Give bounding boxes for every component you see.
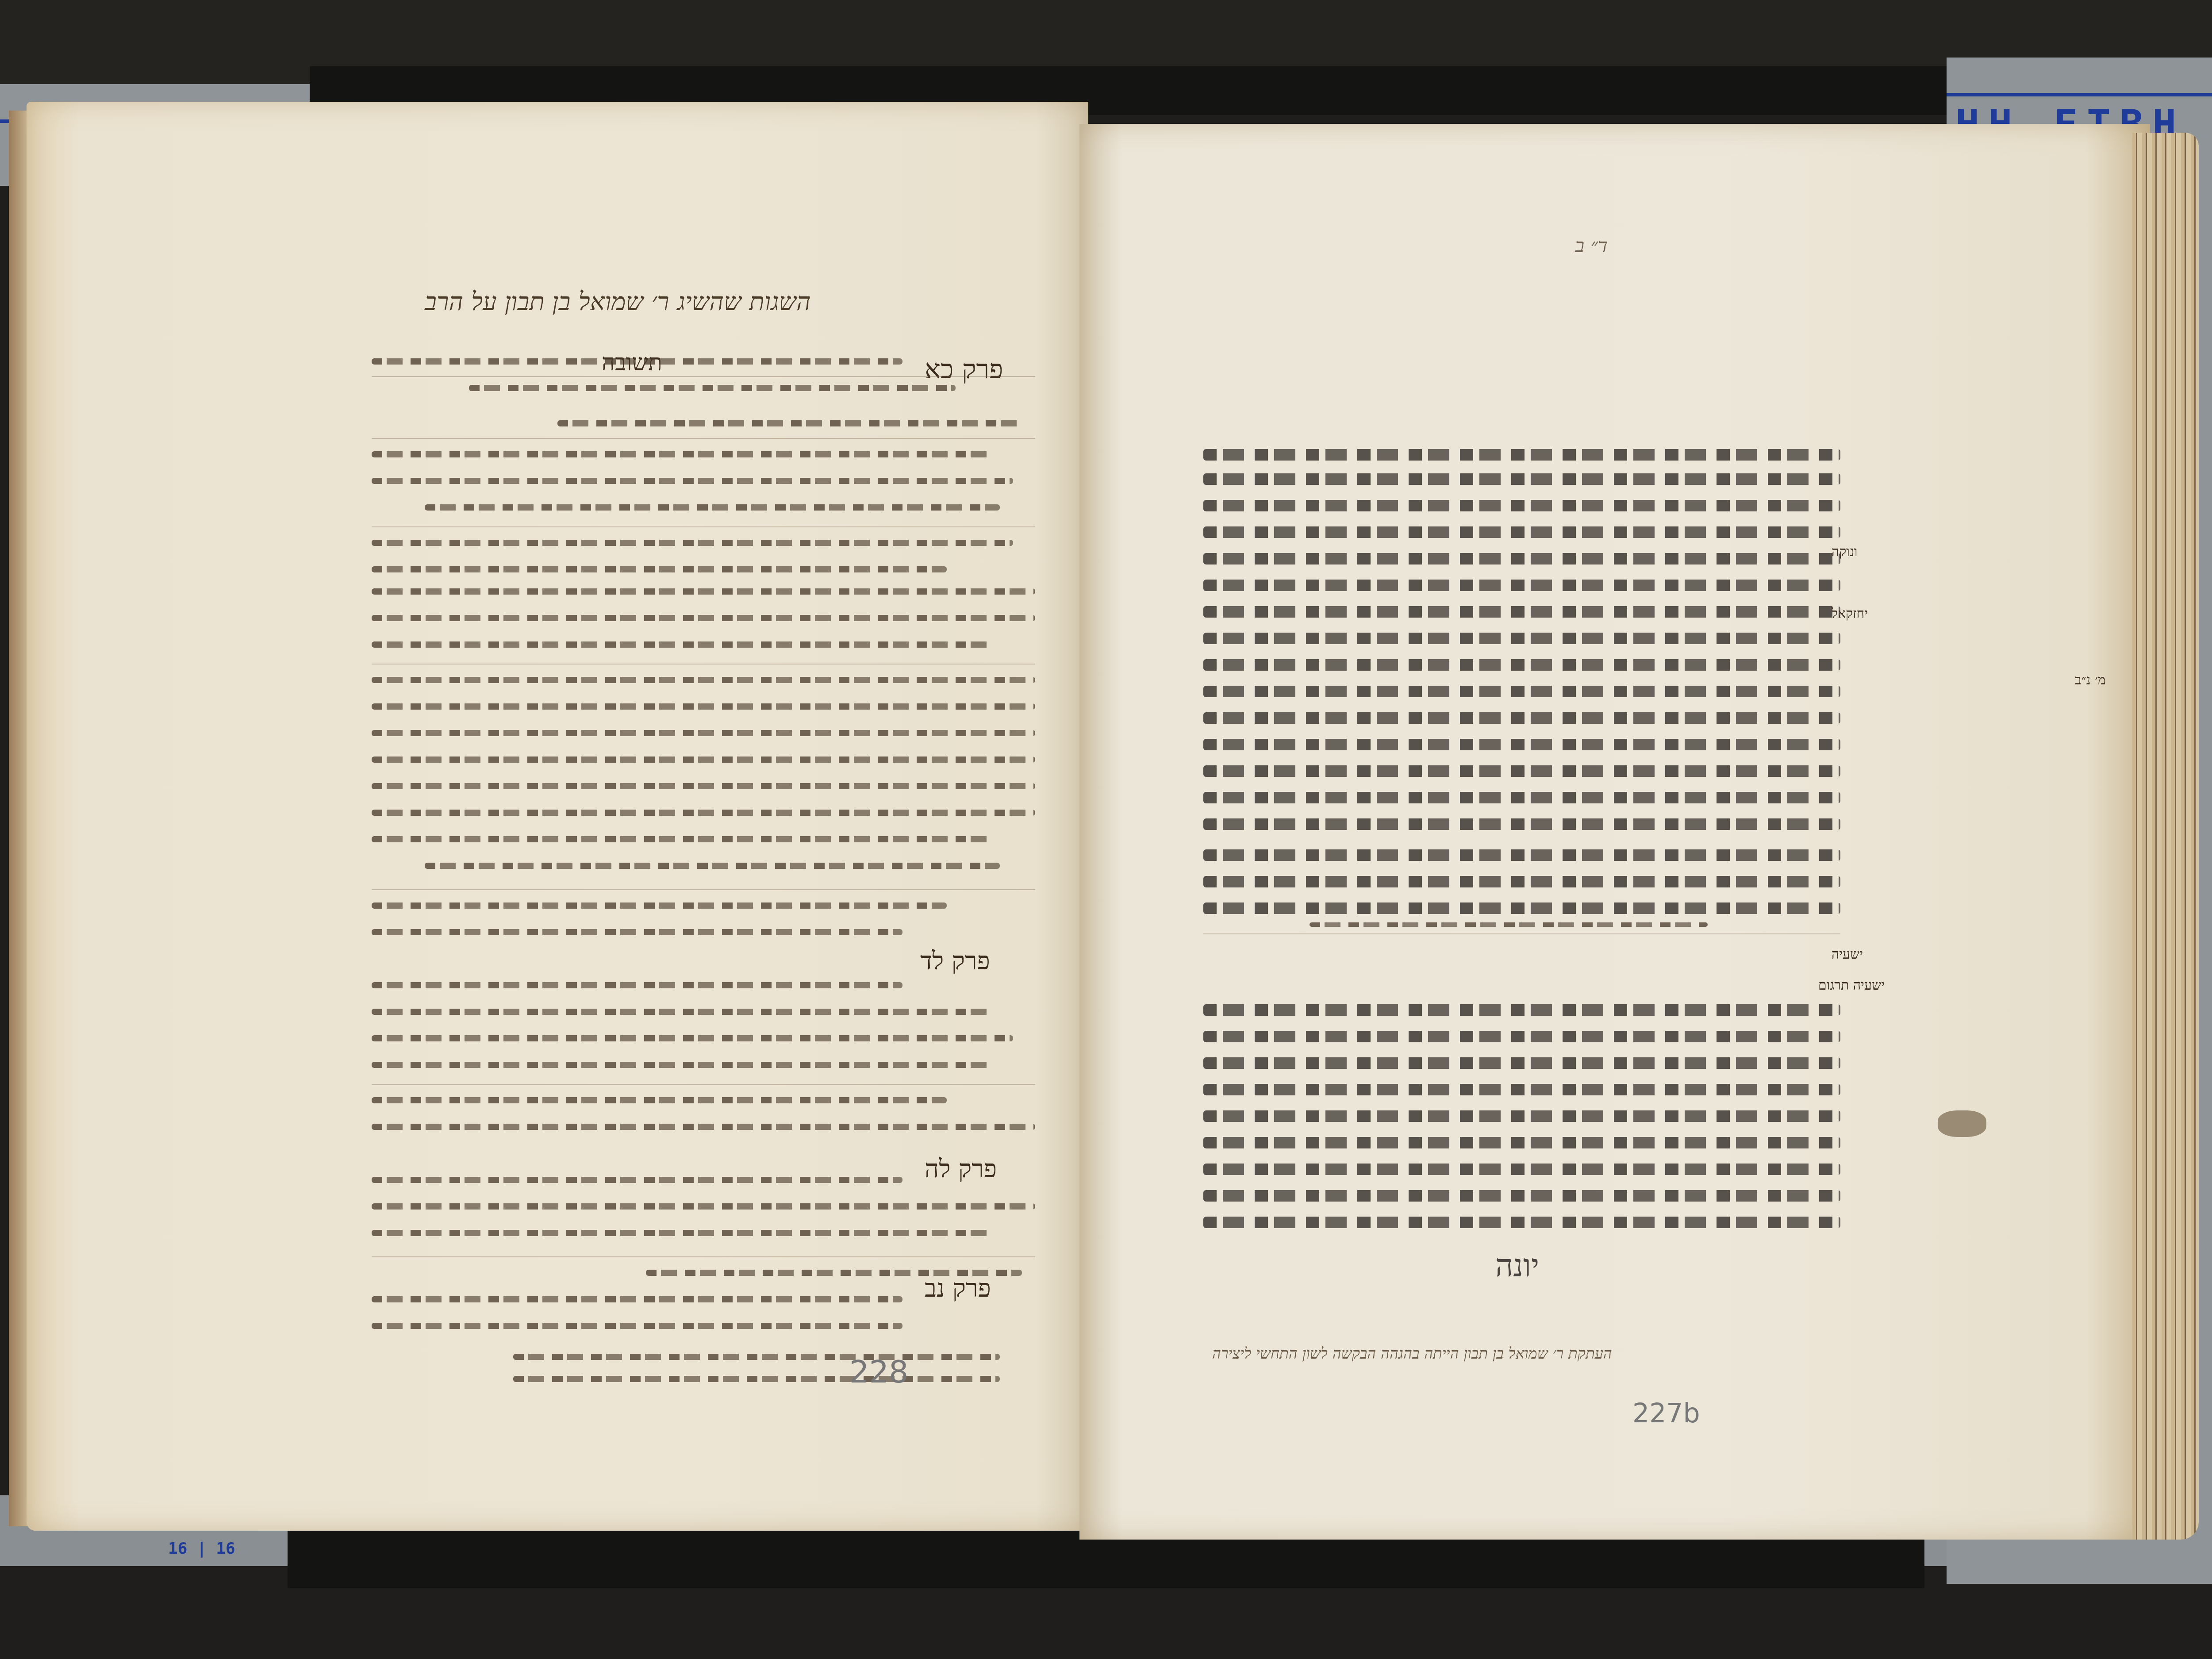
text-line bbox=[1203, 553, 1840, 565]
text-line bbox=[1203, 686, 1840, 697]
ruled-line bbox=[372, 526, 1035, 527]
text-line bbox=[557, 420, 1022, 426]
text-line bbox=[372, 615, 1035, 621]
text-line bbox=[372, 1062, 991, 1068]
ruled-line bbox=[372, 1256, 1035, 1257]
text-line bbox=[1203, 659, 1840, 671]
ruled-line bbox=[372, 889, 1035, 890]
chapter-marker-2: פרק לד bbox=[920, 947, 990, 975]
text-line bbox=[1203, 739, 1840, 750]
text-line bbox=[372, 677, 1035, 683]
margin-note-1: ונוקה bbox=[1832, 544, 1857, 560]
text-line bbox=[1203, 580, 1840, 591]
text-line bbox=[513, 1354, 1000, 1360]
text-line bbox=[1203, 1031, 1840, 1042]
text-line bbox=[372, 1009, 991, 1015]
text-line bbox=[1203, 712, 1840, 724]
text-line bbox=[1203, 818, 1840, 830]
text-line bbox=[1203, 792, 1840, 803]
interlinear-note bbox=[1310, 922, 1708, 927]
text-line bbox=[372, 757, 1035, 763]
text-line bbox=[372, 1230, 991, 1236]
text-line bbox=[372, 1177, 902, 1183]
text-line bbox=[372, 641, 991, 648]
text-line bbox=[469, 385, 956, 391]
text-line bbox=[646, 1270, 1022, 1276]
text-line bbox=[513, 1376, 1000, 1382]
signature: יונה bbox=[1495, 1248, 1539, 1284]
footnote: העתקת ר׳ שמואל בן תבון הייתה בהגהה הבקשה… bbox=[1212, 1345, 1612, 1363]
text-line bbox=[372, 1035, 1013, 1041]
ruled-line bbox=[372, 1084, 1035, 1085]
text-line bbox=[1203, 849, 1840, 861]
ruled-line bbox=[372, 438, 1035, 439]
text-line bbox=[372, 588, 1035, 595]
ink-stain bbox=[1938, 1110, 1986, 1137]
text-line bbox=[372, 810, 1035, 816]
text-line bbox=[372, 1124, 1035, 1130]
text-line bbox=[1203, 1190, 1840, 1202]
text-line bbox=[372, 902, 947, 909]
text-line bbox=[372, 1097, 947, 1103]
page-block-fore-edge bbox=[2132, 133, 2199, 1540]
text-line bbox=[372, 451, 991, 457]
margin-note-3: מ׳ נ״ב bbox=[2075, 672, 2106, 688]
margin-note-4: ישעיה bbox=[1832, 947, 1863, 962]
text-line bbox=[372, 358, 902, 365]
text-line bbox=[372, 1323, 902, 1329]
folio-number-right: 227b bbox=[1632, 1398, 1700, 1429]
text-line bbox=[1203, 1110, 1840, 1122]
text-line bbox=[372, 730, 1035, 736]
ruled-line bbox=[1203, 933, 1840, 934]
ruled-line bbox=[372, 376, 1035, 377]
text-line bbox=[1203, 876, 1840, 887]
text-line bbox=[1203, 449, 1840, 461]
text-line bbox=[1203, 1164, 1840, 1175]
text-line bbox=[1203, 1057, 1840, 1069]
text-line bbox=[372, 929, 902, 935]
text-line bbox=[1203, 1137, 1840, 1148]
text-line bbox=[372, 1296, 902, 1302]
ruler-label-bottom-left: 16 | 16 bbox=[168, 1540, 235, 1558]
text-line bbox=[372, 1203, 1035, 1210]
left-page: השגות שהשיג ר׳ שמואל בן תבון על הרב פרק … bbox=[27, 102, 1088, 1531]
text-line bbox=[1203, 473, 1840, 485]
text-line bbox=[425, 504, 1000, 511]
folio-number-left: 228 bbox=[849, 1354, 909, 1390]
ruled-line bbox=[372, 664, 1035, 664]
text-line bbox=[372, 478, 1013, 484]
text-line bbox=[1203, 606, 1840, 618]
text-line bbox=[372, 703, 1035, 710]
text-line bbox=[1203, 500, 1840, 511]
right-page-top-mark: ד״ ב bbox=[1575, 234, 1608, 257]
text-line bbox=[372, 566, 947, 572]
text-line bbox=[372, 836, 991, 842]
text-line bbox=[1203, 526, 1840, 538]
text-line bbox=[1203, 765, 1840, 777]
chapter-marker-1: פרק כא bbox=[925, 354, 1003, 385]
text-line bbox=[425, 863, 1000, 869]
left-page-header: השגות שהשיג ר׳ שמואל בן תבון על הרב bbox=[425, 288, 811, 316]
margin-note-2: יחזקאל bbox=[1832, 606, 1868, 622]
chapter-marker-3: פרק לה bbox=[925, 1155, 997, 1183]
text-line bbox=[1203, 1217, 1840, 1228]
text-line bbox=[372, 982, 902, 988]
text-line bbox=[1203, 1084, 1840, 1095]
text-line bbox=[372, 783, 1035, 789]
margin-note-5: ישעיה תרגום bbox=[1818, 978, 1885, 993]
text-line bbox=[1203, 1004, 1840, 1016]
text-line bbox=[1203, 902, 1840, 914]
card-stripe bbox=[1947, 93, 2212, 96]
chapter-marker-4: פרק נב bbox=[925, 1274, 991, 1303]
right-page: ד״ ב יונה העתקת ר׳ שמואל בן תבון הייתה ב… bbox=[1079, 124, 2150, 1540]
text-line bbox=[372, 540, 1013, 546]
text-line bbox=[1203, 633, 1840, 644]
